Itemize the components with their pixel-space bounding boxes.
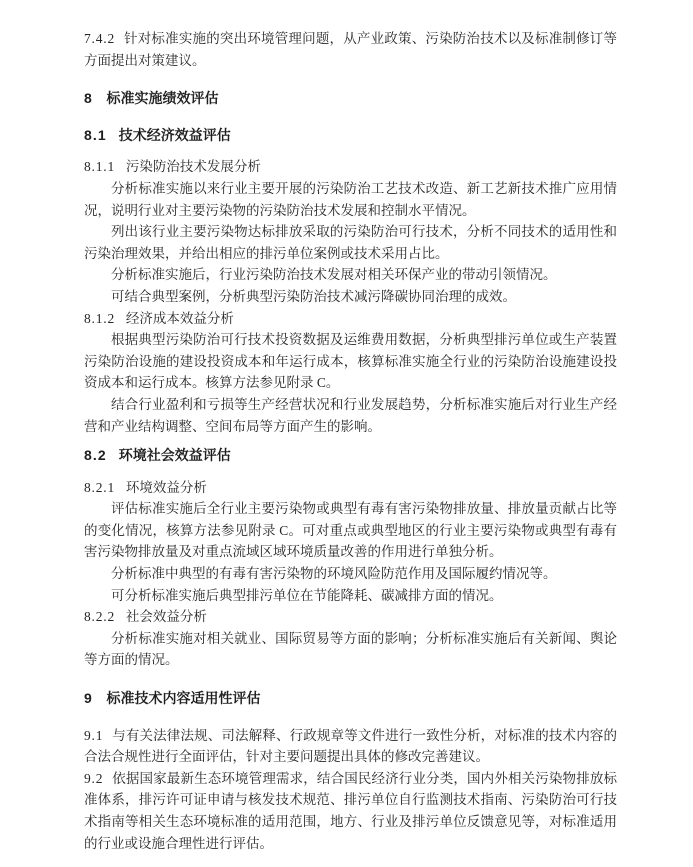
clause-number: 9 xyxy=(84,688,92,710)
paragraph: 列出该行业主要污染物达标排放采取的污染防治可行技术，分析不同技术的适用性和污染治… xyxy=(84,221,617,264)
text-content: 社会效益分析 xyxy=(126,609,207,624)
subsection-heading: 8.1技术经济效益评估 xyxy=(84,125,617,147)
numbered-paragraph: 9.1与有关法律法规、司法解释、行政规章等文件进行一致性分析，对标准的技术内容的… xyxy=(84,725,617,768)
text-content: 分析标准实施对相关就业、国际贸易等方面的影响；分析标准实施后有关新闻、舆论等方面… xyxy=(84,631,617,668)
clause-heading: 8.1.2经济成本效益分析 xyxy=(84,308,617,330)
numbered-paragraph: 7.4.2针对标准实施的突出环境管理问题，从产业政策、污染防治技术以及标准制修订… xyxy=(84,28,617,71)
paragraph: 根据典型污染防治可行技术投资数据及运维费用数据，分析典型排污单位或生产装置污染防… xyxy=(84,329,617,394)
text-content: 列出该行业主要污染物达标排放采取的污染防治可行技术，分析不同技术的适用性和污染治… xyxy=(84,224,617,261)
clause-number: 8.2.2 xyxy=(84,606,115,628)
clause-number: 8.2 xyxy=(84,445,107,467)
text-content: 针对标准实施的突出环境管理问题，从产业政策、污染防治技术以及标准制修订等方面提出… xyxy=(84,31,617,68)
text-content: 标准技术内容适用性评估 xyxy=(106,690,260,706)
paragraph: 分析标准中典型的有毒有害污染物的环境风险防范作用及国际履约情况等。 xyxy=(84,563,617,585)
paragraph: 分析标准实施对相关就业、国际贸易等方面的影响；分析标准实施后有关新闻、舆论等方面… xyxy=(84,628,617,671)
text-content: 分析标准中典型的有毒有害污染物的环境风险防范作用及国际履约情况等。 xyxy=(111,566,557,581)
text-content: 经济成本效益分析 xyxy=(126,311,234,326)
document-body: 7.4.2针对标准实施的突出环境管理问题，从产业政策、污染防治技术以及标准制修订… xyxy=(84,28,617,854)
paragraph: 分析标准实施以来行业主要开展的污染防治工艺技术改造、新工艺新技术推广应用情况，说… xyxy=(84,178,617,221)
paragraph: 可结合典型案例，分析典型污染防治技术减污降碳协同治理的成效。 xyxy=(84,286,617,308)
text-content: 结合行业盈利和亏损等生产经营状况和行业发展趋势，分析标准实施后对行业生产经营和产… xyxy=(84,397,617,434)
clause-heading: 8.2.1环境效益分析 xyxy=(84,477,617,499)
text-content: 技术经济效益评估 xyxy=(119,127,231,143)
clause-number: 9.2 xyxy=(84,768,103,790)
subsection-heading: 8.2环境社会效益评估 xyxy=(84,445,617,467)
clause-number: 8.1 xyxy=(84,125,107,147)
clause-number: 8.1.2 xyxy=(84,308,115,330)
document-page: 7.4.2针对标准实施的突出环境管理问题，从产业政策、污染防治技术以及标准制修订… xyxy=(0,0,693,867)
text-content: 环境社会效益评估 xyxy=(119,447,231,463)
text-content: 标准实施绩效评估 xyxy=(106,90,218,106)
numbered-paragraph: 9.2依据国家最新生态环境管理需求，结合国民经济行业分类，国内外相关污染物排放标… xyxy=(84,768,617,854)
section-heading: 9标准技术内容适用性评估 xyxy=(84,688,617,710)
paragraph: 结合行业盈利和亏损等生产经营状况和行业发展趋势，分析标准实施后对行业生产经营和产… xyxy=(84,394,617,437)
clause-number: 7.4.2 xyxy=(84,28,115,50)
paragraph: 分析标准实施后，行业污染防治技术发展对相关环保产业的带动引领情况。 xyxy=(84,264,617,286)
text-content: 根据典型污染防治可行技术投资数据及运维费用数据，分析典型排污单位或生产装置污染防… xyxy=(84,332,617,390)
section-heading: 8标准实施绩效评估 xyxy=(84,88,617,110)
text-content: 污染防治技术发展分析 xyxy=(126,159,261,174)
clause-heading: 8.2.2社会效益分析 xyxy=(84,606,617,628)
text-content: 可结合典型案例，分析典型污染防治技术减污降碳协同治理的成效。 xyxy=(111,289,516,304)
text-content: 可分析标准实施后典型排污单位在节能降耗、碳减排方面的情况。 xyxy=(111,588,503,603)
clause-number: 8.1.1 xyxy=(84,156,115,178)
text-content: 评估标准实施后全行业主要污染物或典型有毒有害污染物排放量、排放量贡献占比等的变化… xyxy=(84,501,617,559)
text-content: 与有关法律法规、司法解释、行政规章等文件进行一致性分析，对标准的技术内容的合法合… xyxy=(84,728,617,765)
clause-heading: 8.1.1污染防治技术发展分析 xyxy=(84,156,617,178)
paragraph: 可分析标准实施后典型排污单位在节能降耗、碳减排方面的情况。 xyxy=(84,585,617,607)
text-content: 分析标准实施后，行业污染防治技术发展对相关环保产业的带动引领情况。 xyxy=(111,267,557,282)
paragraph: 评估标准实施后全行业主要污染物或典型有毒有害污染物排放量、排放量贡献占比等的变化… xyxy=(84,498,617,563)
text-content: 依据国家最新生态环境管理需求，结合国民经济行业分类，国内外相关污染物排放标准体系… xyxy=(84,771,617,851)
clause-number: 8.2.1 xyxy=(84,477,115,499)
text-content: 分析标准实施以来行业主要开展的污染防治工艺技术改造、新工艺新技术推广应用情况，说… xyxy=(84,181,617,218)
clause-number: 9.1 xyxy=(84,725,103,747)
clause-number: 8 xyxy=(84,88,92,110)
text-content: 环境效益分析 xyxy=(126,480,207,495)
